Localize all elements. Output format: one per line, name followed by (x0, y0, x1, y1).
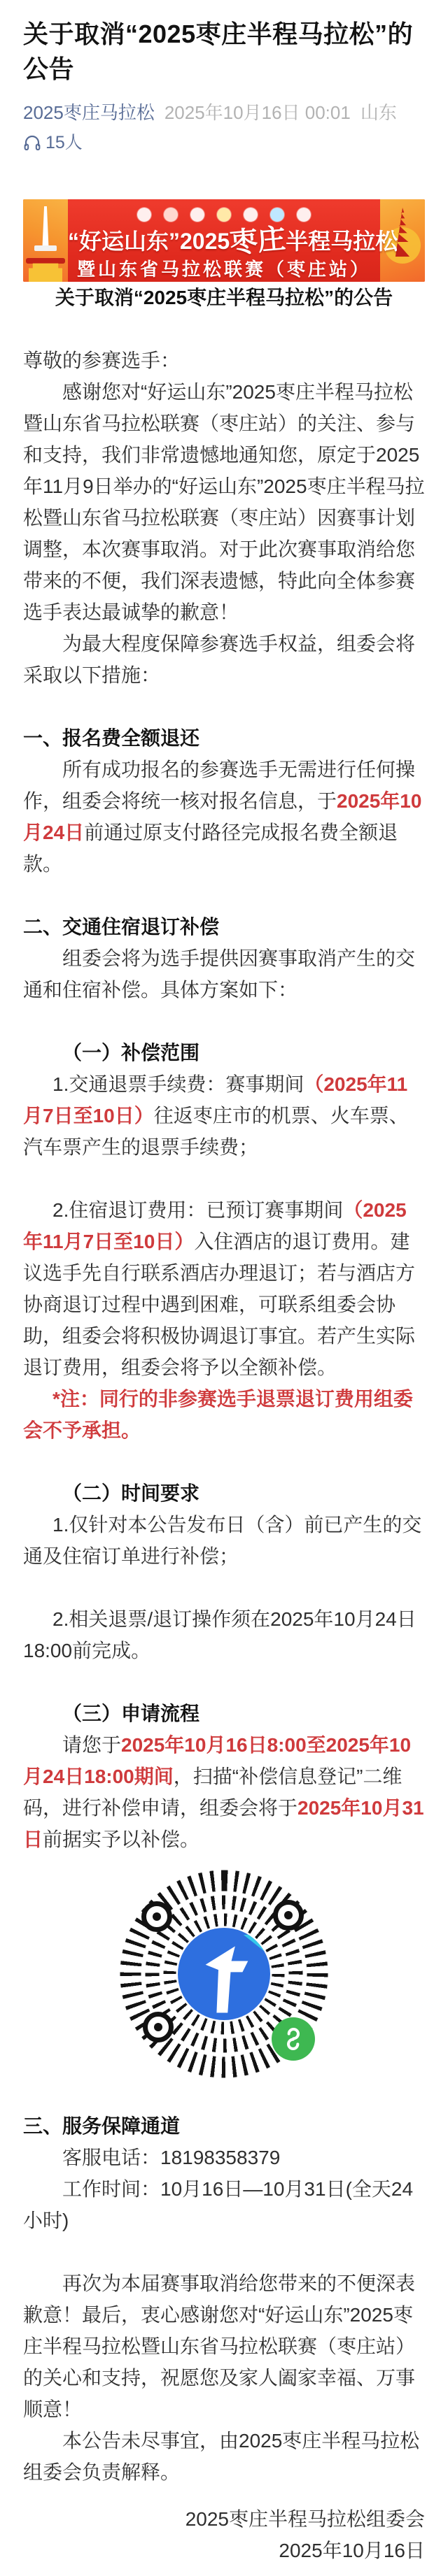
signature-committee: 2025枣庄半程马拉松组委会 (23, 2503, 425, 2535)
spacer (23, 1572, 425, 1603)
spacer (23, 880, 425, 911)
section1-paragraph: 所有成功报名的参赛选手无需进行任何操作，组委会将统一核对报名信息，于2025年1… (23, 754, 425, 880)
time-req-2: 2.相关退票/退订操作须在2025年10月24日18:00前完成。 (23, 1603, 425, 1666)
sponsor-logo (244, 208, 258, 222)
closing-apology: 再次为本届赛事取消给您带来的不便深表歉意！最后，衷心感谢您对“好运山东”2025… (23, 2268, 425, 2425)
banner-title-line2: 暨山东省马拉松联赛（枣庄站） (68, 255, 380, 281)
spacer (23, 1163, 425, 1194)
service-phone: 客服电话：18198358379 (23, 2142, 425, 2173)
sponsor-logo (270, 208, 284, 222)
time-req-1: 1.仅针对本公告发布日（含）前已产生的交通及住宿订单进行补偿； (23, 1509, 425, 1572)
gate-roof (26, 258, 65, 264)
qr-position-marker (141, 1901, 172, 1932)
qr-position-marker (273, 1900, 304, 1931)
headphones-icon (23, 134, 41, 152)
announcement-heading: 关于取消“2025枣庄半程马拉松”的公告 (23, 282, 425, 313)
closing-interpretation: 本公告未尽事宜，由2025枣庄半程马拉松组委会负责解释。 (23, 2425, 425, 2488)
section2-lead: 组委会将为选手提供因赛事取消产生的交通和住宿补偿。具体方案如下： (23, 943, 425, 1006)
banner-left-decoration (23, 199, 68, 282)
salutation: 尊敬的参赛选手： (23, 345, 425, 376)
banner-title-line1: “好运山东”2025枣庄半程马拉松 (68, 226, 380, 255)
compensation-registration-qr-code[interactable] (119, 1869, 329, 2079)
spacer (23, 2488, 425, 2503)
sponsor-logo (137, 208, 151, 222)
spacer (23, 1446, 425, 1477)
city-gate-icon (29, 261, 62, 282)
service-hours: 工作时间：10月16日—10月31日(全天24小时) (23, 2173, 425, 2236)
compensation-item-2: 2.住宿退订费用：已预订赛事期间（2025年11月7日至10日）入住酒店的退订费… (23, 1194, 425, 1383)
sponsor-logo (164, 208, 178, 222)
listen-count: 15人 (45, 131, 83, 155)
spacer (23, 1006, 425, 1037)
page-title: 关于取消“2025枣庄半程马拉松”的公告 (23, 17, 425, 87)
section3-title: 三、服务保障通道 (23, 2110, 425, 2142)
spacer (23, 2079, 425, 2110)
note-non-participants: *注：同行的非参赛选手退票退订费用组委会不予承担。 (23, 1383, 425, 1446)
apply-process-paragraph: 请您于2025年10月16日8:00至2025年10月24日18:00期间，扫描… (23, 1729, 425, 1855)
listen-audio-button[interactable]: 15人 (23, 131, 425, 155)
section2-title: 二、交通住宿退订补偿 (23, 911, 425, 943)
subsection3-title: （三）申请流程 (23, 1698, 425, 1729)
tencent-docs-logo (178, 1928, 270, 2020)
monument-base (34, 245, 57, 251)
paragraph-measures-lead: 为最大程度保障参赛选手权益，组委会将采取以下措施： (23, 628, 425, 691)
event-banner-image[interactable]: “好运山东”2025枣庄半程马拉松 暨山东省马拉松联赛（枣庄站） (23, 199, 425, 282)
subsection1-title: （一）补偿范围 (23, 1037, 425, 1068)
article-body: 关于取消“2025枣庄半程马拉松”的公告 尊敬的参赛选手： 感谢您对“好运山东”… (23, 282, 425, 2566)
sponsor-logo (297, 208, 311, 222)
compensation-item-1: 1.交通退票手续费：赛事期间（2025年11月7日至10日）往返枣庄市的机票、火… (23, 1068, 425, 1163)
qr-section (23, 1869, 425, 2079)
spacer (23, 691, 425, 722)
spacer (23, 313, 425, 345)
weixin-miniprogram-icon (272, 2017, 315, 2061)
subsection2-title: （二）时间要求 (23, 1477, 425, 1509)
signature-date: 2025年10月16日 (23, 2535, 425, 2566)
spacer (23, 2236, 425, 2268)
monument-tower-icon (40, 206, 51, 247)
sponsor-logo (190, 208, 204, 222)
spacer (23, 1666, 425, 1698)
publish-location: 山东 (360, 101, 397, 125)
article-page: 关于取消“2025枣庄半程马拉松”的公告 2025枣庄马拉松 2025年10月1… (0, 0, 448, 2576)
publish-date: 2025年10月16日 00:01 (164, 101, 351, 125)
account-name-link[interactable]: 2025枣庄马拉松 (23, 101, 155, 125)
paragraph-intro: 感谢您对“好运山东”2025枣庄半程马拉松暨山东省马拉松联赛（枣庄站）的关注、参… (23, 376, 425, 628)
sponsor-logo (217, 208, 231, 222)
article-meta: 2025枣庄马拉松 2025年10月16日 00:01 山东 (23, 101, 425, 125)
qr-position-marker (143, 2012, 174, 2042)
sponsor-logos-row (137, 208, 311, 222)
section1-title: 一、报名费全额退还 (23, 722, 425, 754)
